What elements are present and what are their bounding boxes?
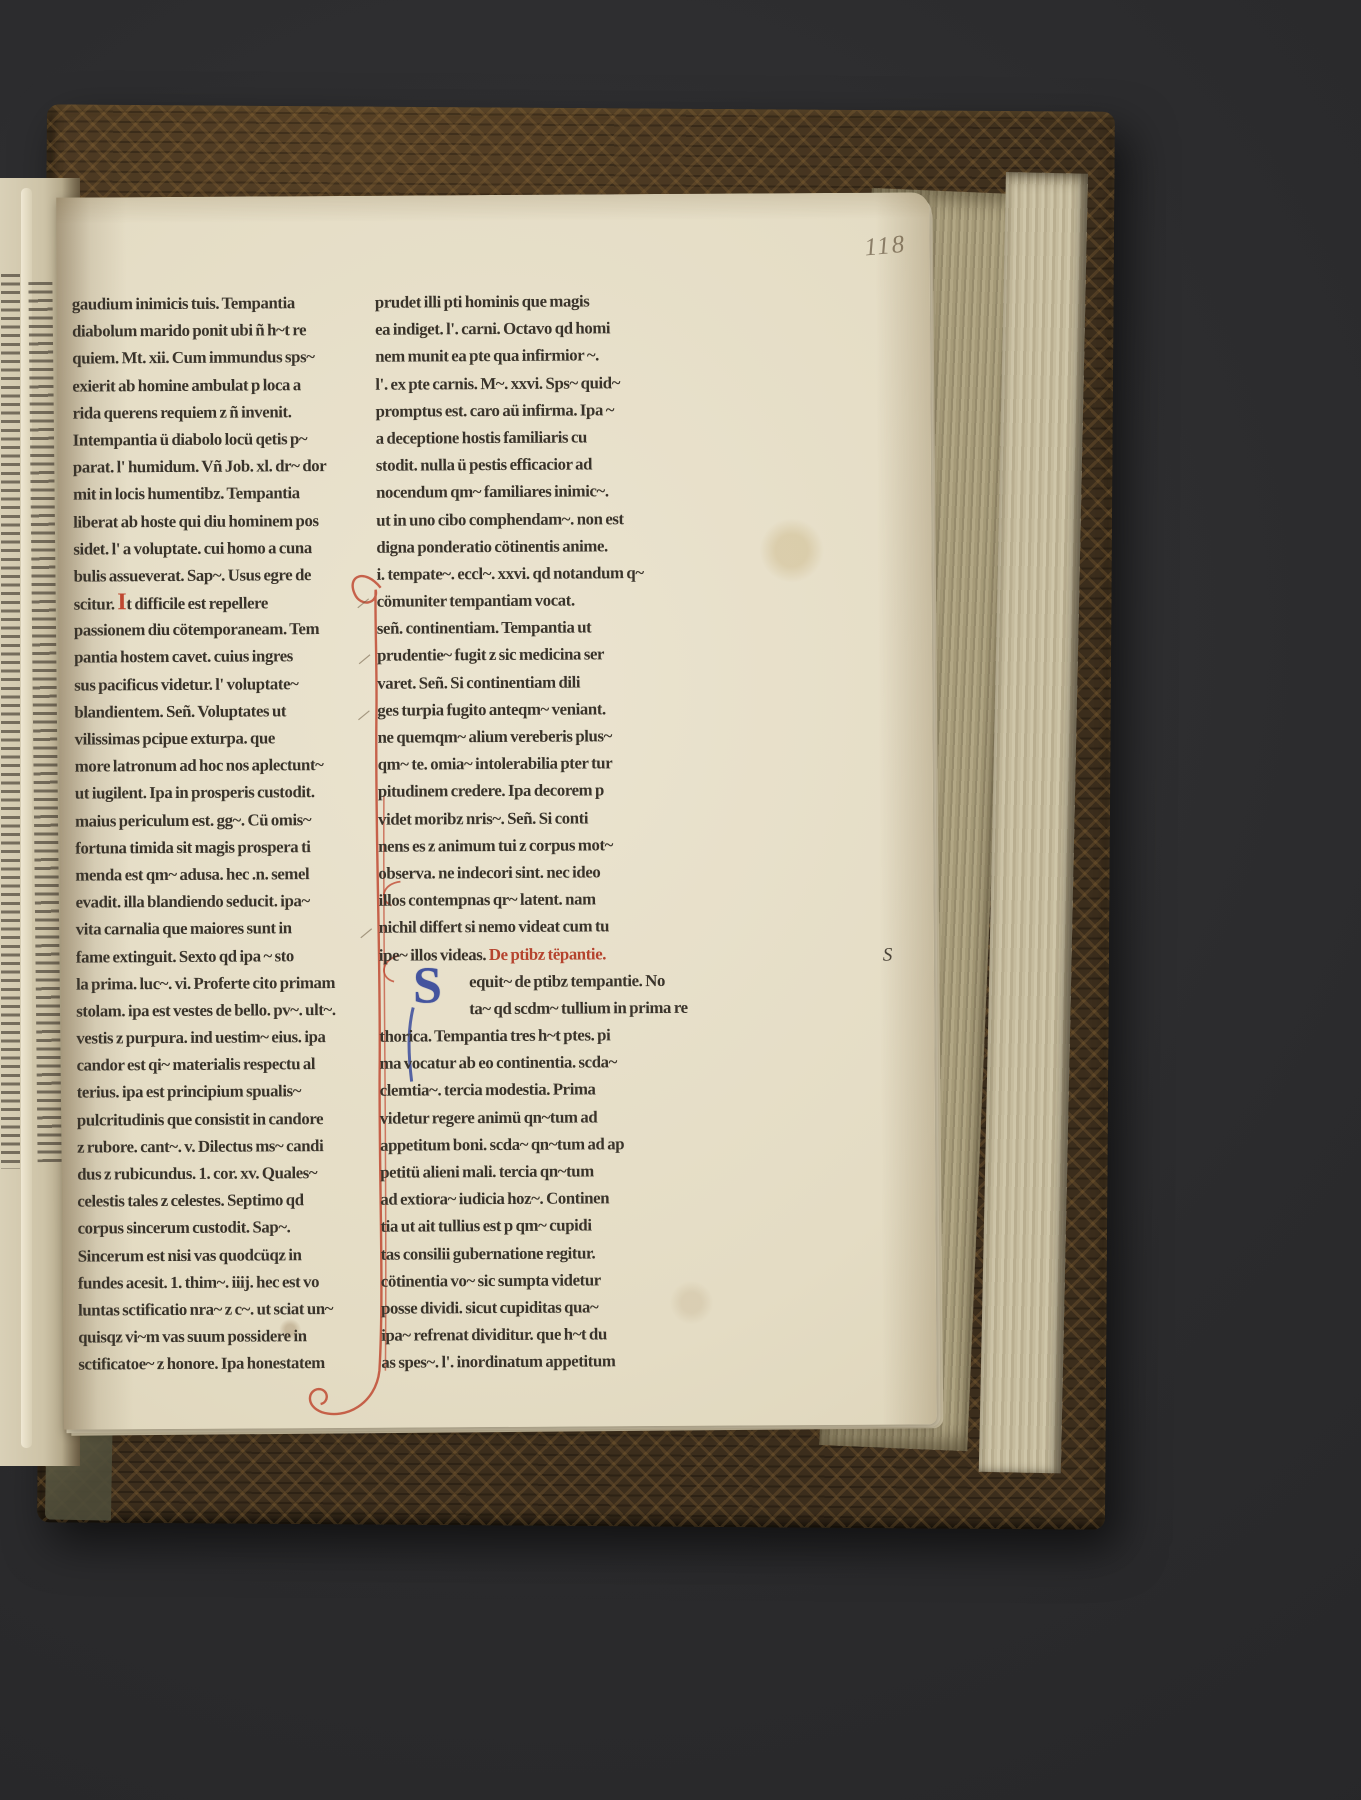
manuscript-line: vestis z purpura. ind uestim~ eius. ipa	[76, 1023, 370, 1052]
body-text: corpus sincerum custodit. Sap~.	[77, 1218, 290, 1238]
manuscript-line: thorica. Tempantia tres h~t ptes. pi	[379, 1021, 673, 1050]
body-text: posse dividi. sicut cupiditas qua~	[381, 1297, 598, 1317]
body-text: ges turpia fugito anteqm~ veniant.	[377, 699, 606, 719]
body-text: appetitum boni. scda~ qn~tum ad ap	[380, 1134, 624, 1154]
body-text: pulcritudinis que consistit in candore	[77, 1109, 323, 1130]
body-text: prudentie~ fugit z sic medicina ser	[377, 645, 604, 665]
manuscript-line: stolam. ipa est vestes de bello. pv~. ul…	[76, 996, 370, 1025]
body-text: sctificatoe~ z honore. Ipa honestatem	[78, 1353, 325, 1374]
body-text: more latronum ad hoc nos aplectunt~	[75, 755, 324, 776]
body-text: parat. l' humidum. Vñ Job. xl. dr~ dor	[73, 456, 326, 477]
manuscript-line: vilissimas pcipue exturpa. que	[74, 724, 368, 753]
body-text: dus z rubicundus. 1. cor. xv. Quales~	[77, 1163, 317, 1183]
body-text: a deceptione hostis familiaris cu	[376, 427, 587, 447]
body-text: sidet. l' a voluptate. cui homo a cuna	[73, 538, 312, 558]
body-text: scitur.	[74, 594, 118, 613]
manuscript-line: as spes~. l'. inordinatum appetitum	[381, 1347, 675, 1376]
manuscript-line: pantia hostem cavet. cuius ingres	[74, 642, 368, 671]
margin-mark: S	[883, 945, 893, 967]
manuscript-line: candor est qi~ materialis respectu al	[76, 1050, 370, 1079]
body-text: nens es z animum tui z corpus mot~	[378, 835, 613, 855]
body-text: vita carnalia que maiores sunt in	[76, 919, 292, 939]
body-text: ma vocatur ab eo continentia. scda~	[379, 1053, 617, 1073]
body-text: pantia hostem cavet. cuius ingres	[74, 647, 293, 667]
body-text: evadit. illa blandiendo seducit. ipa~	[75, 891, 309, 911]
manuscript-line: prudet illi pti hominis que magis	[375, 287, 669, 316]
body-text: sus pacificus videtur. l' voluptate~	[74, 674, 298, 694]
body-text: digna ponderatio cötinentis anime.	[376, 536, 608, 556]
body-text: ut iugilent. Ipa in prosperis custodit.	[75, 782, 315, 802]
manuscript-line: observa. ne indecori sint. nec ideo	[378, 858, 672, 887]
manuscript-line: fame extinguit. Sexto qd ipa ~ sto	[76, 941, 370, 970]
manuscript-line: terius. ipa est principium spualis~	[77, 1077, 371, 1106]
manuscript-line: exierit ab homine ambulat p loca a	[72, 370, 366, 399]
manuscript-line: parat. l' humidum. Vñ Job. xl. dr~ dor	[73, 452, 367, 481]
rubric-text: De ptibz tëpantie.	[489, 944, 606, 964]
manuscript-line: varet. Señ. Si continentiam dili	[377, 668, 671, 697]
body-text: menda est qm~ adusa. hec .n. semel	[75, 864, 309, 884]
manuscript-line: fundes acesit. 1. thim~. iiij. hec est v…	[78, 1268, 372, 1297]
body-text: ut in uno cibo comphendam~. non est	[376, 509, 624, 530]
text-column-left: gaudium inimicis tuis. Tempantiadiabolum…	[72, 289, 373, 1378]
body-text: ipa~ refrenat dividitur. que h~t du	[381, 1324, 607, 1344]
body-text: as spes~. l'. inordinatum appetitum	[381, 1352, 615, 1372]
body-text: tas consilii gubernatione regitur.	[381, 1243, 596, 1263]
manuscript-line: posse dividi. sicut cupiditas qua~	[381, 1293, 675, 1322]
folio-number: 118	[863, 231, 907, 263]
manuscript-line: corpus sincerum custodit. Sap~.	[77, 1213, 371, 1242]
body-text: Sincerum est nisi vas quodcüqz in	[78, 1245, 302, 1265]
body-text: ne quemqm~ alium vereberis plus~	[377, 726, 611, 746]
body-text: pitudinem credere. Ipa decorem p	[378, 781, 604, 801]
manuscript-line: ges turpia fugito anteqm~ veniant.	[377, 695, 671, 724]
body-text: blandientem. Señ. Voluptates ut	[74, 701, 286, 721]
body-text: i. tempate~. eccl~. xxvi. qd notandum q~	[376, 563, 643, 584]
body-text: luntas sctificatio nra~ z c~. ut sciat u…	[78, 1299, 333, 1320]
manuscript-line: Intempantia ü diabolo locü qetis p~	[73, 425, 367, 454]
manuscript-line: rida querens requiem z ñ invenit.	[72, 398, 366, 427]
body-text: stodit. nulla ü pestis efficacior ad	[376, 455, 592, 475]
manuscript-line: a deceptione hostis familiaris cu	[376, 423, 670, 452]
manuscript-line: pitudinem credere. Ipa decorem p	[378, 776, 672, 805]
body-text: nem munit ea pte qua infirmior ~.	[375, 346, 599, 366]
manuscript-line: Sincerum est nisi vas quodcüqz in	[78, 1240, 372, 1269]
manuscript-line: vita carnalia que maiores sunt in	[76, 914, 370, 943]
manuscript-line: z rubore. cant~. v. Dilectus ms~ candi	[77, 1132, 371, 1161]
body-text: celestis tales z celestes. Septimo qd	[77, 1190, 303, 1210]
manuscript-line: illos contempnas qr~ latent. nam	[378, 885, 672, 914]
body-text: ta~ qd scdm~ tullium in prima re	[469, 998, 688, 1018]
body-text: Intempantia ü diabolo locü qetis p~	[73, 429, 308, 449]
manuscript-line: tas consilii gubernatione regitur.	[381, 1238, 675, 1267]
body-text: señ. continentiam. Tempantia ut	[377, 618, 592, 638]
manuscript-line: videtur regere animü qn~tum ad	[380, 1103, 674, 1132]
manuscript-line: promptus est. caro aü infirma. Ipa ~	[375, 396, 669, 425]
manuscript-line: menda est qm~ adusa. hec .n. semel	[75, 860, 369, 889]
body-text: fortuna timida sit magis prospera ti	[75, 837, 310, 857]
body-text: vilissimas pcipue exturpa. que	[74, 728, 275, 748]
manuscript-line: sidet. l' a voluptate. cui homo a cuna	[73, 533, 367, 562]
manuscript-line: nem munit ea pte qua infirmior ~.	[375, 341, 669, 370]
manuscript-line: señ. continentiam. Tempantia ut	[377, 613, 671, 642]
body-text: prudet illi pti hominis que magis	[375, 291, 590, 311]
body-text: l'. ex pte carnis. M~. xxvi. Sps~ quid~	[375, 373, 620, 393]
manuscript-line: fortuna timida sit magis prospera ti	[75, 833, 369, 862]
body-text: mit in locis humentibz. Tempantia	[73, 484, 300, 504]
manuscript-line: ad extiora~ iudicia hoz~. Continen	[380, 1184, 674, 1213]
manuscript-line: sus pacificus videtur. l' voluptate~	[74, 669, 368, 698]
manuscript-line: qm~ te. omia~ intolerabilia pter tur	[378, 749, 672, 778]
body-text: observa. ne indecori sint. nec ideo	[378, 862, 600, 882]
manuscript-line: scitur. It difficile est repellere	[74, 588, 368, 617]
manuscript-line: ut in uno cibo comphendam~. non est	[376, 504, 670, 533]
body-text: tia ut ait tullius est p qm~ cupidi	[380, 1216, 591, 1236]
manuscript-line: ut iugilent. Ipa in prosperis custodit.	[75, 778, 369, 807]
body-text: quiem. Mt. xii. Cum immundus sps~	[72, 347, 314, 367]
manuscript-line: liberat ab hoste qui diu hominem pos	[73, 506, 367, 535]
body-text: quisqz vi~m vas suum possidere in	[78, 1326, 307, 1346]
manuscript-line: evadit. illa blandiendo seducit. ipa~	[75, 887, 369, 916]
manuscript-line: luntas sctificatio nra~ z c~. ut sciat u…	[78, 1295, 372, 1324]
manuscript-line: appetitum boni. scda~ qn~tum ad ap	[380, 1130, 674, 1159]
body-text: clemtia~. tercia modestia. Prima	[380, 1080, 596, 1100]
body-text: promptus est. caro aü infirma. Ipa ~	[375, 400, 614, 420]
manuscript-line: videt moribz nris~. Señ. Si conti	[378, 803, 672, 832]
text-column-right: S prudet illi pti hominis que magisea in…	[375, 287, 676, 1376]
manuscript-line: prudentie~ fugit z sic medicina ser	[377, 640, 671, 669]
body-text: liberat ab hoste qui diu hominem pos	[73, 511, 318, 531]
manuscript-line: clemtia~. tercia modestia. Prima	[380, 1075, 674, 1104]
manuscript-line: nens es z animum tui z corpus mot~	[378, 831, 672, 860]
manuscript-line: diabolum marido ponit ubi ñ h~t re	[72, 316, 366, 345]
body-text: petitü alieni mali. tercia qn~tum	[380, 1161, 594, 1181]
manuscript-line: petitü alieni mali. tercia qn~tum	[380, 1157, 674, 1186]
manuscript-line: gaudium inimicis tuis. Tempantia	[72, 289, 366, 318]
manuscript-line: cötinentia vo~ sic sumpta videtur	[381, 1266, 675, 1295]
body-text: ad extiora~ iudicia hoz~. Continen	[380, 1189, 609, 1209]
manuscript-line: ea indiget. l'. carni. Octavo qd homi	[375, 314, 669, 343]
body-text: stolam. ipa est vestes de bello. pv~. ul…	[76, 1000, 336, 1021]
body-text: maius periculum est. gg~. Cü omis~	[75, 810, 311, 830]
manuscript-line: more latronum ad hoc nos aplectunt~	[75, 751, 369, 780]
body-text: illos contempnas qr~ latent. nam	[378, 890, 595, 910]
manuscript-line: quiem. Mt. xii. Cum immundus sps~	[72, 343, 366, 372]
facing-page-text-strip	[1, 274, 20, 1169]
manuscript-line: nichil differt si nemo videat cum tu	[379, 912, 673, 941]
manuscript-line: i. tempate~. eccl~. xxvi. qd notandum q~	[376, 559, 670, 588]
manuscript-line: maius periculum est. gg~. Cü omis~	[75, 805, 369, 834]
body-text: cötinentia vo~ sic sumpta videtur	[381, 1270, 601, 1290]
body-text: terius. ipa est principium spualis~	[77, 1082, 301, 1102]
body-text: la prima. luc~. vi. Proferte cito primam	[76, 973, 335, 994]
manuscript-line: sctificatoe~ z honore. Ipa honestatem	[78, 1349, 372, 1378]
body-text: nichil differt si nemo videat cum tu	[379, 917, 609, 937]
manuscript-line: nocendum qm~ familiares inimic~.	[376, 477, 670, 506]
manuscript-line: digna ponderatio cötinentis anime.	[376, 532, 670, 561]
body-text: candor est qi~ materialis respectu al	[76, 1054, 315, 1074]
manuscript-line: passionem diu cötemporaneam. Tem	[74, 615, 368, 644]
manuscript-page: 118 S gaudium inimicis tuis. Tempantiadi…	[56, 192, 937, 1429]
body-text: qm~ te. omia~ intolerabilia pter tur	[378, 753, 613, 773]
body-text: t difficile est repellere	[126, 593, 268, 613]
body-text: equit~ de ptibz tempantie. No	[469, 971, 665, 991]
body-text: rida querens requiem z ñ invenit.	[73, 402, 292, 422]
body-text: videtur regere animü qn~tum ad	[380, 1107, 598, 1127]
body-text: cömuniter tempantiam vocat.	[377, 591, 575, 611]
body-text: ea indiget. l'. carni. Octavo qd homi	[375, 318, 610, 338]
body-text: bulis assueverat. Sap~. Usus egre de	[73, 565, 311, 585]
manuscript-line: la prima. luc~. vi. Proferte cito primam	[76, 968, 370, 997]
body-text: nocendum qm~ familiares inimic~.	[376, 482, 609, 502]
manuscript-line: dus z rubicundus. 1. cor. xv. Quales~	[77, 1159, 371, 1188]
manuscript-line: ne quemqm~ alium vereberis plus~	[377, 722, 671, 751]
manuscript-line: ma vocatur ab eo continentia. scda~	[379, 1048, 673, 1077]
body-text: thorica. Tempantia tres h~t ptes. pi	[379, 1025, 610, 1045]
illuminated-initial: S	[413, 960, 442, 1012]
manuscript-line: stodit. nulla ü pestis efficacior ad	[376, 450, 670, 479]
manuscript-line: quisqz vi~m vas suum possidere in	[78, 1322, 372, 1351]
manuscript-line: mit in locis humentibz. Tempantia	[73, 479, 367, 508]
manuscript-line: bulis assueverat. Sap~. Usus egre de	[73, 561, 367, 590]
manuscript-line: blandientem. Señ. Voluptates ut	[74, 697, 368, 726]
manuscript-line: pulcritudinis que consistit in candore	[77, 1104, 371, 1133]
manuscript-line: ipa~ refrenat dividitur. que h~t du	[381, 1320, 675, 1349]
body-text: fame extinguit. Sexto qd ipa ~ sto	[76, 946, 294, 966]
body-text: gaudium inimicis tuis. Tempantia	[72, 293, 295, 313]
manuscript-line: cömuniter tempantiam vocat.	[377, 586, 671, 615]
body-text: exierit ab homine ambulat p loca a	[72, 375, 301, 395]
body-text: diabolum marido ponit ubi ñ h~t re	[72, 320, 306, 340]
manuscript-line: l'. ex pte carnis. M~. xxvi. Sps~ quid~	[375, 368, 669, 397]
manuscript-line: celestis tales z celestes. Septimo qd	[77, 1186, 371, 1215]
body-text: passionem diu cötemporaneam. Tem	[74, 619, 319, 639]
manuscript-line: tia ut ait tullius est p qm~ cupidi	[380, 1211, 674, 1240]
body-text: z rubore. cant~. v. Dilectus ms~ candi	[77, 1136, 323, 1157]
body-text: videt moribz nris~. Señ. Si conti	[378, 808, 588, 828]
body-text: fundes acesit. 1. thim~. iiij. hec est v…	[78, 1272, 319, 1292]
body-text: varet. Señ. Si continentiam dili	[377, 672, 580, 692]
photo-backdrop: 118 S gaudium inimicis tuis. Tempantiadi…	[0, 0, 1361, 1800]
red-initial: I	[117, 589, 126, 615]
body-text: vestis z purpura. ind uestim~ eius. ipa	[76, 1027, 325, 1048]
